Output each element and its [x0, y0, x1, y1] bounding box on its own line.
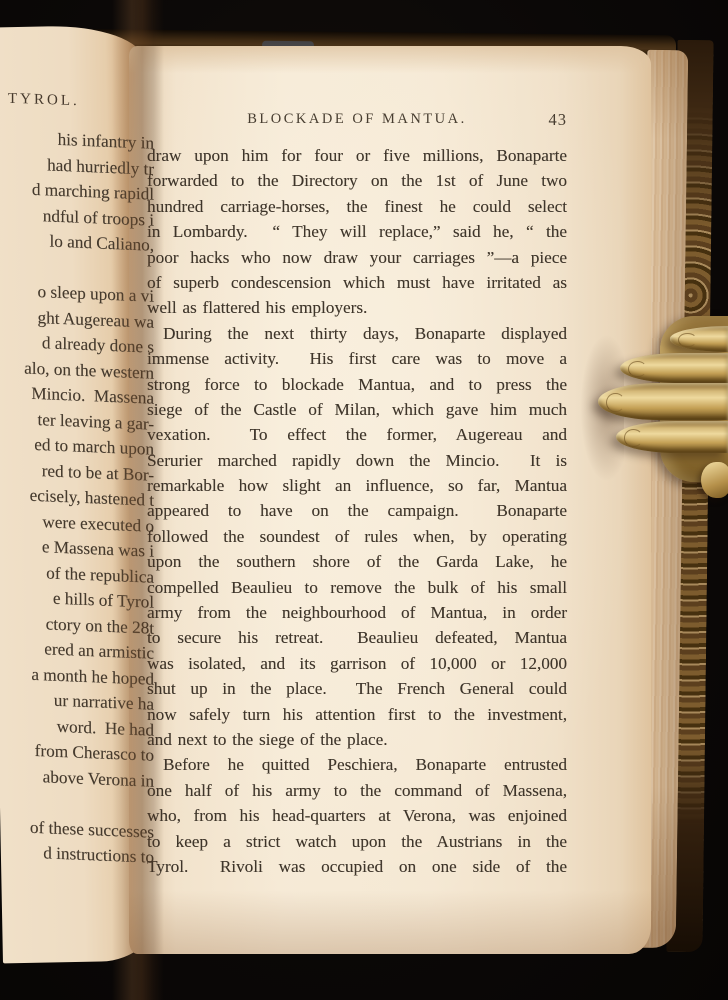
right-text-line: well as flattered his employers. [147, 295, 567, 320]
right-text-line: immense activity. His first care was to … [147, 346, 567, 371]
book-photograph: TYROL. his infantry inhad hurriedly trd … [0, 0, 728, 1000]
right-text-line: siege of the Castle of Milan, which gave… [147, 397, 567, 422]
right-text-line: to keep a strict watch upon the Austrian… [147, 829, 567, 854]
hand-finger [616, 421, 728, 453]
right-page-text: draw upon him for four or five millions,… [147, 143, 567, 879]
right-text-line: shut up in the place. The French General… [147, 676, 567, 701]
right-text-line: remarkable how slight an influence, so f… [147, 473, 567, 498]
right-text-line: strong force to blockade Mantua, and to … [147, 372, 567, 397]
right-text-line: and next to the siege of the place. [147, 727, 567, 752]
hand-thumb-tip [701, 462, 728, 498]
right-text-line: poor hacks who now draw your carriages ”… [147, 245, 567, 270]
left-running-head: TYROL. [8, 91, 80, 111]
right-text-line: Before he quitted Peschiera, Bonaparte e… [147, 752, 567, 777]
right-text-line: in Lombardy. “ They will replace,” said … [147, 219, 567, 244]
page-number: 43 [549, 110, 568, 130]
right-text-line: one half of his army to the command of M… [147, 778, 567, 803]
right-text-line: was isolated, and its garrison of 10,000… [147, 651, 567, 676]
right-text-line: Tyrol. Rivoli was occupied on one side o… [147, 854, 567, 879]
right-text-line: During the next thirty days, Bonaparte d… [147, 321, 567, 346]
right-text-line: who, from his head-quarters at Verona, w… [147, 803, 567, 828]
right-text-line: Serurier marched rapidly down the Mincio… [147, 448, 567, 473]
gutter-shadow [112, 0, 164, 1000]
running-head-title: BLOCKADE OF MANTUA. [247, 111, 467, 127]
right-text-line: vexation. To effect the former, Augereau… [147, 422, 567, 447]
right-text-line: draw upon him for four or five millions,… [147, 143, 567, 168]
right-text-line: compelled Beaulieu to remove the bulk of… [147, 575, 567, 600]
brass-hand-page-holder [594, 316, 728, 498]
hand-finger [598, 383, 728, 420]
right-text-line: followed the soundest of rules when, by … [147, 524, 567, 549]
right-text-line: appeared to have on the campaign. Bonapa… [147, 498, 567, 523]
right-text-line: forwarded to the Directory on the 1st of… [147, 168, 567, 193]
right-text-line: now safely turn his attention first to t… [147, 702, 567, 727]
right-running-head: BLOCKADE OF MANTUA. 43 [147, 111, 567, 133]
right-text-line: upon the southern shore of the Garda Lak… [147, 549, 567, 574]
right-text-line: of superb condescension which must have … [147, 270, 567, 295]
right-text-line: hundred carriage-horses, the finest he c… [147, 194, 567, 219]
right-text-line: army from the neighbourhood of Mantua, i… [147, 600, 567, 625]
hand-finger [620, 353, 728, 383]
right-text-line: to secure his retreat. Beaulieu defeated… [147, 625, 567, 650]
